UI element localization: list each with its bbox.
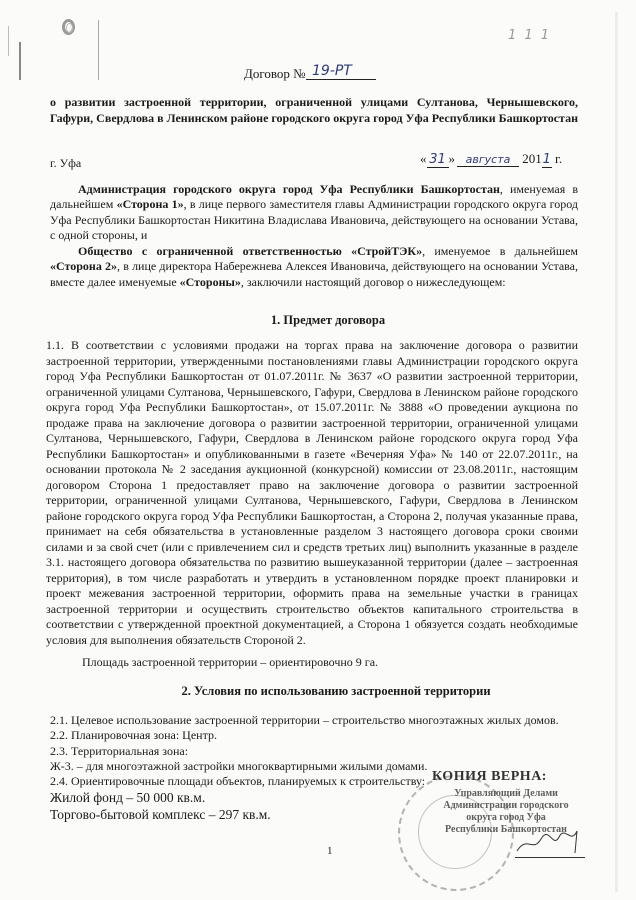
section-2-heading: 2. Условия по использованию застроенной … <box>18 684 636 699</box>
copy-certified-label: КОПИЯ ВЕРНА: <box>432 769 547 785</box>
scan-artifact <box>8 26 9 56</box>
party-2-text: , именуемое в дальнейшем <box>422 244 578 258</box>
signature-icon <box>515 825 585 855</box>
clause-2-1: 2.1. Целевое использование застроенной т… <box>50 713 578 728</box>
contract-date: «31»августа 2011 г. <box>420 151 562 168</box>
date-year-prefix: 201 <box>522 151 542 166</box>
date-year-suffix: г. <box>552 151 562 166</box>
date-quote: » <box>449 151 456 166</box>
party-1-name: Администрация городского округа город Уф… <box>78 182 500 196</box>
date-year-digit-handwritten: 1 <box>542 152 552 168</box>
contract-title-label: Договор № <box>244 66 306 82</box>
fold-line <box>98 20 99 80</box>
date-day-handwritten: 31 <box>427 152 449 168</box>
certify-line: Администрации городского <box>436 800 576 812</box>
preamble-party-1: Администрация городского округа город Уф… <box>50 182 578 244</box>
staple-hole-inner <box>66 23 73 33</box>
party-1-alias: «Сторона 1» <box>117 197 184 211</box>
clause-1-1: 1.1. В соответствии с условиями продажи … <box>46 338 578 648</box>
party-2-name: Общество с ограниченной ответственностью… <box>78 244 422 258</box>
party-2-text: , заключили настоящий договор о нижеслед… <box>241 275 506 289</box>
page-number: 1 <box>327 845 333 857</box>
date-month-handwritten: августа <box>457 153 519 167</box>
clause-2-2: 2.2. Планировочная зона: Центр. <box>50 728 578 743</box>
certify-line: округа город Уфа <box>436 812 576 824</box>
handwritten-corner-note: 1 1 1 <box>508 28 551 43</box>
parties-alias: «Стороны» <box>180 275 241 289</box>
territory-area: Площадь застроенной территории – ориенти… <box>52 655 580 670</box>
certify-line: Управляющий Делами <box>436 788 576 800</box>
section-1-heading: 1. Предмет договора <box>10 313 636 328</box>
signature <box>515 835 585 858</box>
contract-city: г. Уфа <box>50 156 81 171</box>
party-2-alias: «Сторона 2» <box>50 259 117 273</box>
contract-subject: о развитии застроенной территории, огран… <box>50 95 578 126</box>
clause-2-3: 2.3. Территориальная зона: <box>50 744 578 759</box>
document-page: 1 1 1 Договор № 19-РТ о развитии застрое… <box>0 0 636 900</box>
scan-artifact <box>19 42 21 80</box>
contract-number-handwritten: 19-РТ <box>306 63 376 80</box>
page-edge-shadow <box>615 12 618 892</box>
preamble-party-2: Общество с ограниченной ответственностью… <box>50 244 578 290</box>
